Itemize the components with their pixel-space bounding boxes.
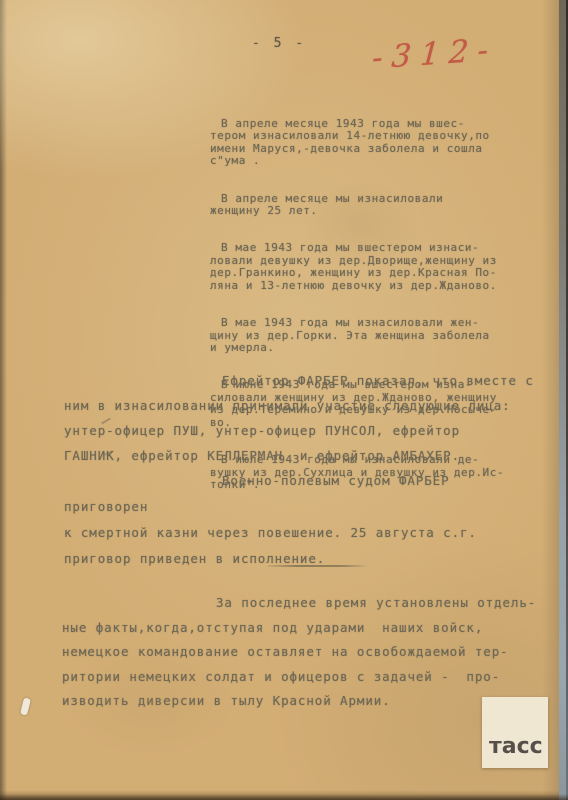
- testimony-paragraph: В мае 1943 года мы изнасиловали жен- щин…: [210, 317, 526, 354]
- testimony-paragraph: В апреле месяце 1943 года мы вшес- тером…: [210, 118, 526, 168]
- paragraph-farber-accomplices: Ефрейтор ФАРБЕР показал, что вместе с ни…: [64, 368, 538, 468]
- paper-stain: [300, 180, 420, 270]
- paper-fleck: [20, 697, 31, 715]
- paragraph-court-sentence: Военно-полевым судом ФАРБЕР приговорен к…: [64, 468, 538, 572]
- section-divider-line: [268, 565, 365, 567]
- scanned-document-page: - 5 - -312- В апреле месяце 1943 года мы…: [0, 0, 568, 800]
- paper-stain: [60, 640, 240, 760]
- handwritten-archive-number: -312-: [371, 32, 498, 77]
- page-number: - 5 -: [252, 36, 306, 51]
- tass-watermark: тасс: [482, 697, 548, 768]
- tass-logo-text: тасс: [489, 736, 543, 758]
- scan-bottom-edge: [0, 794, 568, 800]
